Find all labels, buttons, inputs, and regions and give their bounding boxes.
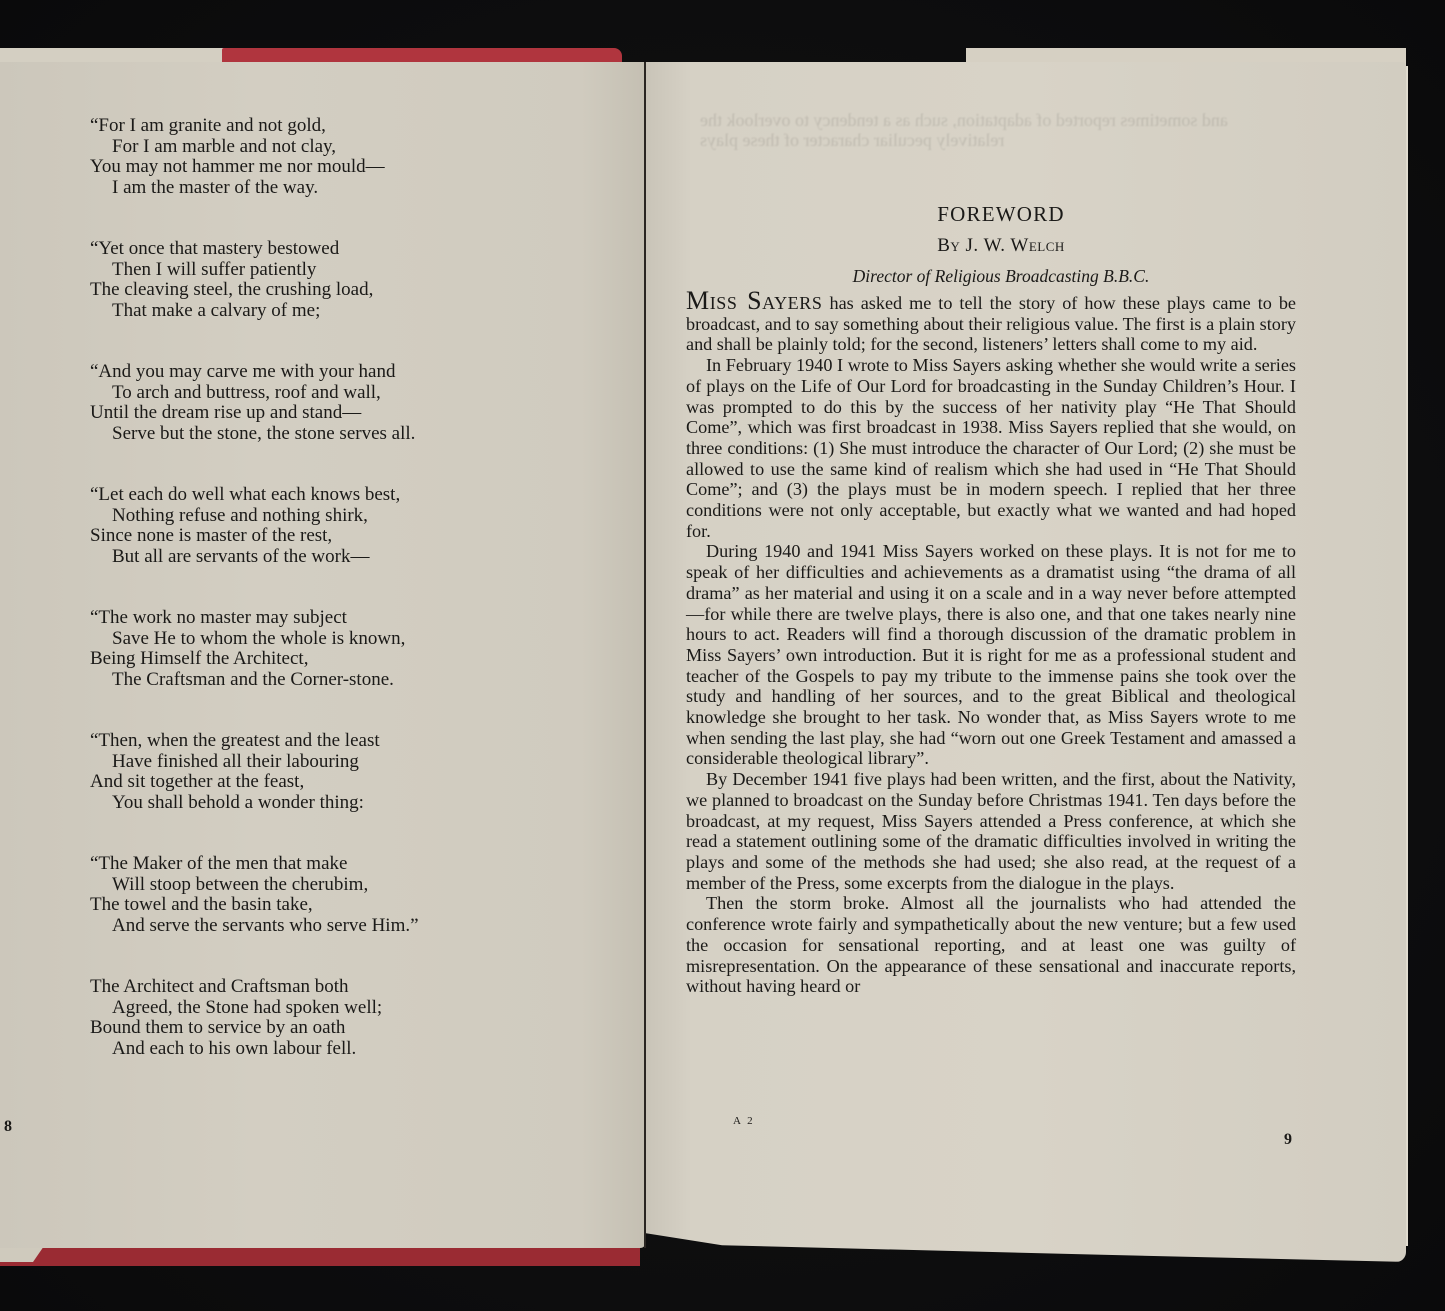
signature-mark: A 2 bbox=[733, 1115, 755, 1127]
verse-line: “Let each do well what each knows best, bbox=[90, 485, 570, 506]
stanza: “Yet once that mastery bestowedThen I wi… bbox=[90, 239, 570, 321]
verse-line: “Yet once that mastery bestowed bbox=[90, 239, 570, 260]
verse-line: Will stoop between the cherubim, bbox=[90, 875, 570, 896]
verse-line: Have finished all their labouring bbox=[90, 752, 570, 773]
stanza: “The work no master may subjectSave He t… bbox=[90, 608, 570, 690]
verse-line: “The Maker of the men that make bbox=[90, 854, 570, 875]
verse-line: You may not hammer me nor mould— bbox=[90, 157, 570, 178]
foreword-title: FOREWORD bbox=[706, 200, 1296, 228]
paragraph: Miss Sayers has asked me to tell the sto… bbox=[686, 292, 1296, 355]
verse-line: But all are servants of the work— bbox=[90, 547, 570, 568]
page-number-right: 9 bbox=[1284, 1131, 1292, 1149]
foreword-body: Miss Sayers has asked me to tell the sto… bbox=[686, 292, 1296, 997]
book-photo: “For I am granite and not gold,For I am … bbox=[0, 0, 1445, 1311]
stanza: “For I am granite and not gold,For I am … bbox=[90, 116, 570, 198]
verse-line: And each to his own labour fell. bbox=[90, 1039, 570, 1060]
verse-line: Since none is master of the rest, bbox=[90, 526, 570, 547]
verse-line: The Craftsman and the Corner-stone. bbox=[90, 670, 570, 691]
paragraph: In February 1940 I wrote to Miss Sayers … bbox=[686, 355, 1296, 541]
stanza: The Architect and Craftsman bothAgreed, … bbox=[90, 977, 570, 1059]
verse-line: Nothing refuse and nothing shirk, bbox=[90, 506, 570, 527]
verse-line: “And you may carve me with your hand bbox=[90, 362, 570, 383]
bleed-through-text: and sometimes reported of adaptation, su… bbox=[700, 110, 1300, 170]
verse-line: That make a calvary of me; bbox=[90, 301, 570, 322]
verse-line: Until the dream rise up and stand— bbox=[90, 403, 570, 424]
foreword-byline: By J. W. Welch bbox=[706, 233, 1296, 259]
stanza: “The Maker of the men that makeWill stoo… bbox=[90, 854, 570, 936]
verse-line: The cleaving steel, the crushing load, bbox=[90, 280, 570, 301]
verse-line: Agreed, the Stone had spoken well; bbox=[90, 998, 570, 1019]
paragraph: During 1940 and 1941 Miss Sayers worked … bbox=[686, 541, 1296, 769]
verse-line: Save He to whom the whole is known, bbox=[90, 629, 570, 650]
verse-line: “The work no master may subject bbox=[90, 608, 570, 629]
page-number-left: 8 bbox=[4, 1118, 12, 1136]
poem: “For I am granite and not gold,For I am … bbox=[90, 116, 570, 1100]
gutter bbox=[644, 62, 646, 1248]
verse-line: Then I will suffer patiently bbox=[90, 260, 570, 281]
opening-smallcaps: Miss Sayers bbox=[686, 286, 823, 315]
verse-line: The towel and the basin take, bbox=[90, 895, 570, 916]
verse-line: “Then, when the greatest and the least bbox=[90, 731, 570, 752]
verse-line: “For I am granite and not gold, bbox=[90, 116, 570, 137]
stanza: “Let each do well what each knows best,N… bbox=[90, 485, 570, 567]
verse-line: And sit together at the feast, bbox=[90, 772, 570, 793]
stanza: “Then, when the greatest and the leastHa… bbox=[90, 731, 570, 813]
foreword-section: FOREWORD By J. W. Welch Director of Reli… bbox=[686, 200, 1296, 997]
paragraph: Then the storm broke. Almost all the jou… bbox=[686, 893, 1296, 997]
verse-line: The Architect and Craftsman both bbox=[90, 977, 570, 998]
paragraph: By December 1941 five plays had been wri… bbox=[686, 769, 1296, 893]
verse-line: I am the master of the way. bbox=[90, 178, 570, 199]
foreword-author-role: Director of Religious Broadcasting B.B.C… bbox=[706, 264, 1296, 288]
verse-line: And serve the servants who serve Him.” bbox=[90, 916, 570, 937]
stanza: “And you may carve me with your handTo a… bbox=[90, 362, 570, 444]
verse-line: Being Himself the Architect, bbox=[90, 649, 570, 670]
verse-line: For I am marble and not clay, bbox=[90, 137, 570, 158]
verse-line: Serve but the stone, the stone serves al… bbox=[90, 424, 570, 445]
verse-line: To arch and buttress, roof and wall, bbox=[90, 383, 570, 404]
red-cover-bottom-edge bbox=[0, 1246, 640, 1266]
verse-line: Bound them to service by an oath bbox=[90, 1018, 570, 1039]
verse-line: You shall behold a wonder thing: bbox=[90, 793, 570, 814]
